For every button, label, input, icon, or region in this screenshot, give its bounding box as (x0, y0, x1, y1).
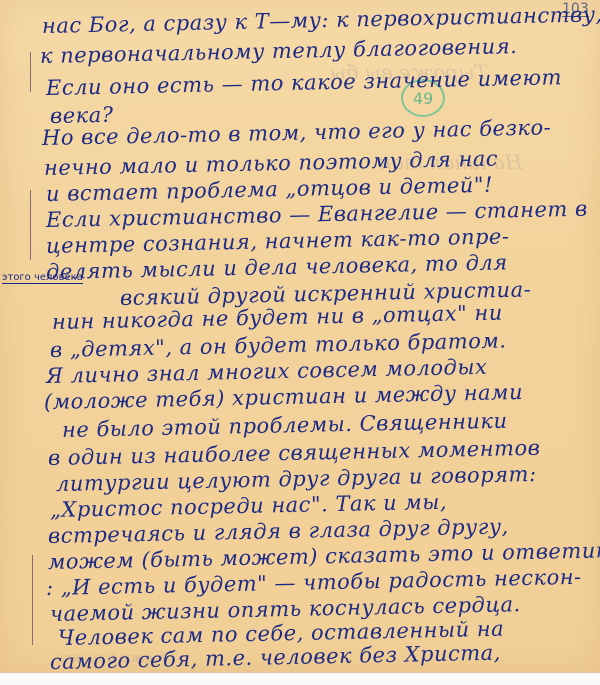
margin-mark (32, 555, 33, 645)
scan-border (0, 672, 600, 685)
manuscript-page: Тыроже вы бы Начиная так тоже или все 10… (0, 0, 600, 672)
margin-mark (30, 52, 31, 92)
margin-mark (30, 190, 31, 260)
text-line: нас Бог, а сразу к Т—му: к первохристиан… (42, 2, 600, 38)
text-line: Но все дело-то в том, что его у нас безк… (42, 115, 552, 150)
text-line: Если оно есть — то какое значение имеют (46, 65, 562, 100)
